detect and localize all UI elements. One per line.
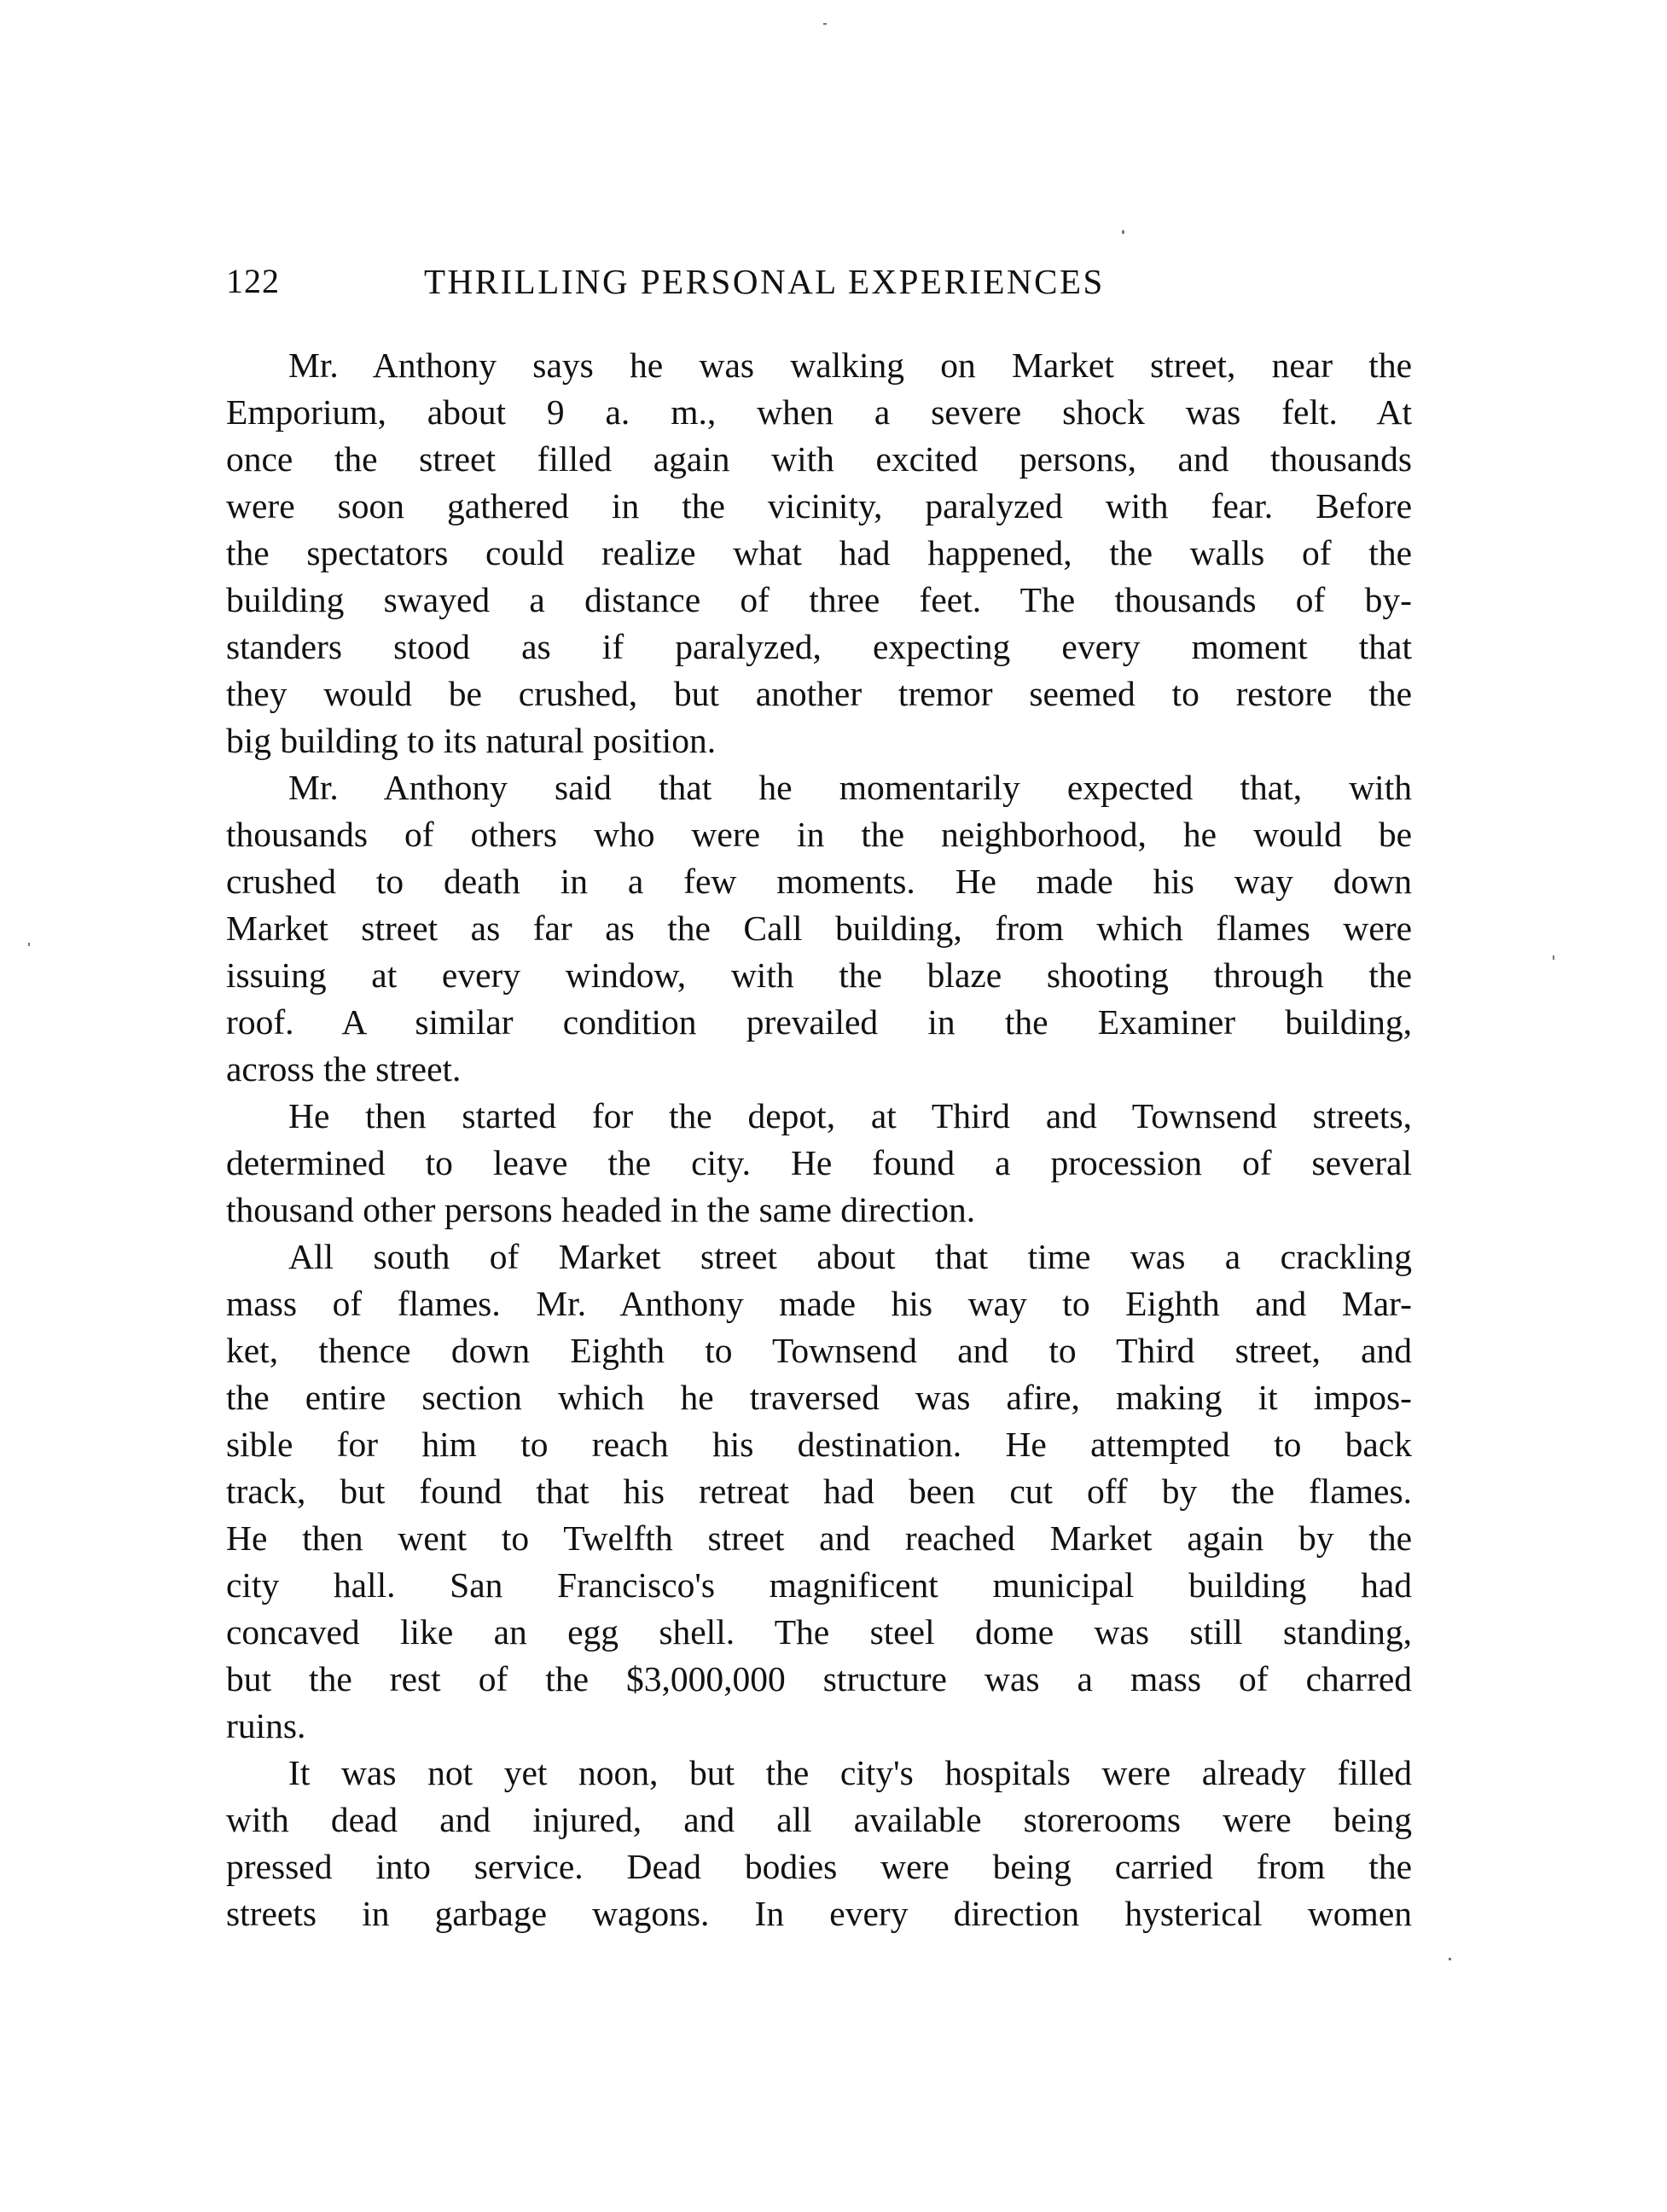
text-line: ket, thence down Eighth to Townsend and … (226, 1327, 1412, 1374)
scan-speck (1122, 230, 1124, 234)
scan-speck (1553, 955, 1554, 960)
page-number: 122 (226, 256, 280, 307)
text-line: ruins. (226, 1703, 1412, 1750)
text-line: track, but found that his retreat had be… (226, 1468, 1412, 1515)
running-title: THRILLING PERSONAL EXPERIENCES (424, 256, 1105, 307)
text-line: streets in garbage wagons. In every dire… (226, 1890, 1412, 1937)
body-text: Mr. Anthony says he was walking on Marke… (226, 342, 1412, 1937)
text-line: the entire section which he traversed wa… (226, 1374, 1412, 1421)
text-line: He then started for the depot, at Third … (226, 1093, 1412, 1140)
text-line: they would be crushed, but another tremo… (226, 671, 1412, 717)
text-line: thousand other persons headed in the sam… (226, 1187, 1412, 1234)
text-line: the spectators could realize what had ha… (226, 530, 1412, 577)
paragraph-5: It was not yet noon, but the city's hosp… (226, 1750, 1412, 1937)
text-line: big building to its natural position. (226, 717, 1412, 764)
text-line: across the street. (226, 1046, 1412, 1093)
text-line: Emporium, about 9 a. m., when a severe s… (226, 389, 1412, 436)
text-line: pressed into service. Dead bodies were b… (226, 1843, 1412, 1890)
text-line: thousands of others who were in the neig… (226, 811, 1412, 858)
text-line: roof. A similar condition prevailed in t… (226, 999, 1412, 1046)
text-line: concaved like an egg shell. The steel do… (226, 1609, 1412, 1656)
text-line: city hall. San Francisco's magnificent m… (226, 1562, 1412, 1609)
text-line: He then went to Twelfth street and reach… (226, 1515, 1412, 1562)
scan-speck (28, 943, 30, 946)
text-line: but the rest of the $3,000,000 structure… (226, 1656, 1412, 1703)
text-line: issuing at every window, with the blaze … (226, 952, 1412, 999)
text-line: It was not yet noon, but the city's hosp… (226, 1750, 1412, 1797)
text-line: standers stood as if paralyzed, expectin… (226, 624, 1412, 671)
paragraph-1: Mr. Anthony says he was walking on Marke… (226, 342, 1412, 764)
text-line: determined to leave the city. He found a… (226, 1140, 1412, 1187)
text-line: Market street as far as the Call buildin… (226, 905, 1412, 952)
text-line: were soon gathered in the vicinity, para… (226, 483, 1412, 530)
running-head: 122 THRILLING PERSONAL EXPERIENCES (226, 256, 1412, 307)
text-line: Mr. Anthony says he was walking on Marke… (226, 342, 1412, 389)
text-line: with dead and injured, and all available… (226, 1797, 1412, 1843)
scan-speck (1449, 1958, 1451, 1960)
scan-speck (823, 23, 827, 25)
paragraph-4: All south of Market street about that ti… (226, 1234, 1412, 1750)
text-line: crushed to death in a few moments. He ma… (226, 858, 1412, 905)
text-line: All south of Market street about that ti… (226, 1234, 1412, 1280)
text-line: Mr. Anthony said that he momentarily exp… (226, 764, 1412, 811)
text-line: sible for him to reach his destination. … (226, 1421, 1412, 1468)
text-line: mass of flames. Mr. Anthony made his way… (226, 1280, 1412, 1327)
text-line: building swayed a distance of three feet… (226, 577, 1412, 624)
text-line: once the street filled again with excite… (226, 436, 1412, 483)
paragraph-3: He then started for the depot, at Third … (226, 1093, 1412, 1234)
paragraph-2: Mr. Anthony said that he momentarily exp… (226, 764, 1412, 1093)
